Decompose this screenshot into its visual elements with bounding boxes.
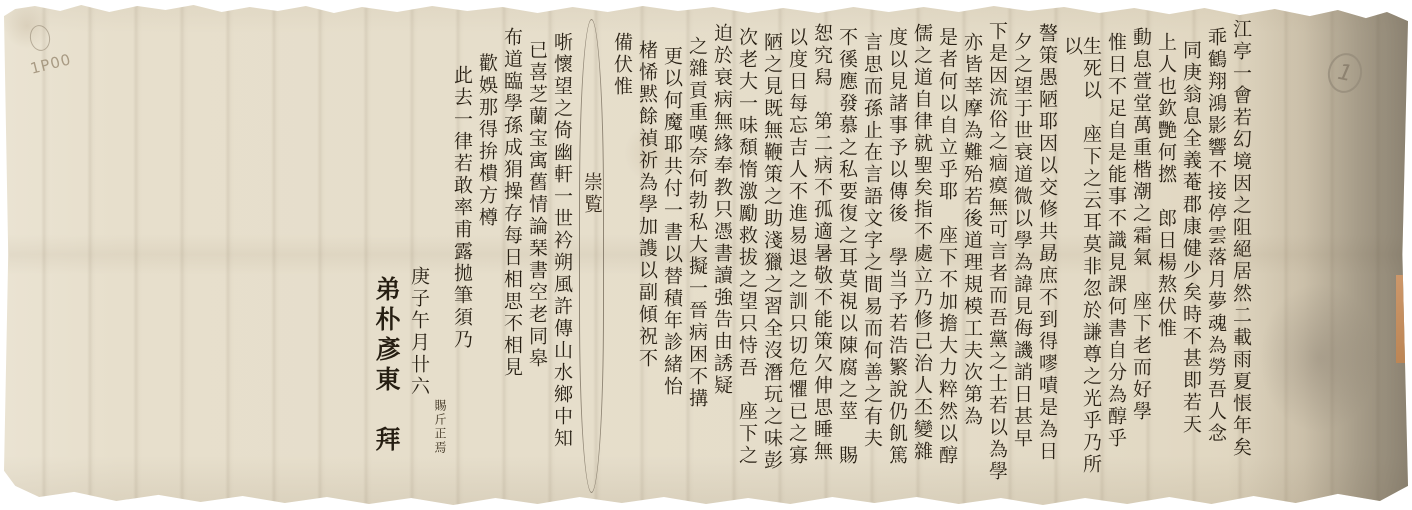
text-column: 夕之望于世衰道微以學為諱見侮譏誚日甚早: [1012, 19, 1031, 493]
tape-sliver: [1396, 275, 1408, 363]
text-column: 乖鶴翔鴻影響不接停雲落月夢魂為勞吾人念: [1206, 19, 1225, 493]
text-column: 以度日每忘吉人不進易退之訓只切危懼已之寡: [787, 19, 806, 493]
text-column: 下是因流俗之痼瘼無可言者而吾黨之士若以為學: [987, 19, 1006, 493]
page-number: 1: [1336, 59, 1355, 86]
text-column: 迫於衰病無緣奉教只憑書讀強告由誘疑: [712, 19, 731, 493]
paper-sheet: 江亭一會若幻境因之阻絕居然二載雨夏悵年矣乖鶴翔鴻影響不接停雲落月夢魂為勞吾人念同…: [4, 3, 1408, 506]
text-column: 之雜貢重嘆奈何勃私大擬一晉病困不搆: [687, 19, 706, 493]
manuscript-photo: 江亭一會若幻境因之阻絕居然二載雨夏悵年矣乖鶴翔鴻影響不接停雲落月夢魂為勞吾人念同…: [0, 0, 1412, 510]
text-column: 次老大一味頹惰激勵救拔之望只恃吾 座下之: [737, 19, 756, 493]
text-column: 上人也欽艷何撚 郎日楊熬伏惟: [1156, 19, 1175, 493]
pencil-scribble-mark: [28, 23, 52, 52]
pencil-note: 1P00: [28, 50, 73, 78]
text-column: 同庚翁息全義菴郡康健少矣時不甚即若天: [1181, 19, 1200, 493]
text-column: 謷策愚陋耶因以交修共勗庶不到得嘐嘖是為日: [1037, 19, 1056, 493]
text-column: 布道臨學孫成狷操存每日相思不相見: [502, 19, 521, 493]
text-column: 歡娛那得拚樻方樽: [477, 19, 496, 493]
correction-request-note: 賜斤正焉: [434, 19, 446, 493]
text-column: 恕究舄 第二病不孤適暑敬不能策欠伸思睡無: [812, 19, 831, 493]
date-column: 庚子午月卄六: [409, 19, 428, 493]
text-column: 是者何以自立乎耶 座下不加擔大力粹然以醇: [937, 19, 956, 493]
text-column: 惟日不足自是能事不識見課何書自分為醇乎: [1106, 19, 1125, 493]
text-column: 備伏惟: [612, 19, 631, 493]
text-column: 楮悕黙餘禎祈為學加謢以副傾祝不: [637, 19, 656, 493]
text-column: 亦皆莘摩為難殆若後道理規模工夫次第為: [962, 19, 981, 493]
text-column: 更以何魔耶共付一書以替積年診緒怡: [662, 19, 681, 493]
page-number-circle: 1: [1324, 50, 1366, 96]
text-column: 度以見諸事予以傳後 學当予若浩繁說仍飢篤: [887, 19, 906, 493]
text-column: 已喜芝蘭宝㝢舊情論琹書空老同皋: [527, 19, 546, 493]
stain-blotch: [1259, 283, 1379, 433]
manuscript-columns: 江亭一會若幻境因之阻絕居然二載雨夏悵年矣乖鶴翔鴻影響不接停雲落月夢魂為勞吾人念同…: [100, 19, 1256, 493]
text-column: 陋之見既無鞭策之助淺獵之習全沒潛玩之味彭: [762, 19, 781, 493]
text-column: 此去一律若敢率甫露拋筆須乃: [452, 19, 471, 493]
text-column: 動息萱堂萬重楷潮之霜氣 座下老而好學: [1131, 19, 1150, 493]
text-column: 哳懷望之倚幽軒一世衿朔風許傳山水鄉中知: [552, 19, 571, 493]
signature-column: 弟朴彥東 拜: [374, 19, 399, 493]
text-column: 儒之道自律就聖矣指不處立乃修己治人丕變雜: [912, 19, 931, 493]
text-column: 言思而孫止在言語文字之間易而何善之有夫: [862, 19, 881, 493]
circled-review-note: 崇覧: [579, 19, 604, 493]
text-column: 江亭一會若幻境因之阻絕居然二載雨夏悵年矣: [1231, 19, 1250, 493]
text-column: 生死以 座下之云耳莫非忽於謙尊之光乎乃所以: [1062, 19, 1100, 493]
text-column: 不徯應發慕之私要復之耳莫視以陳腐之莖 賜: [837, 19, 856, 493]
